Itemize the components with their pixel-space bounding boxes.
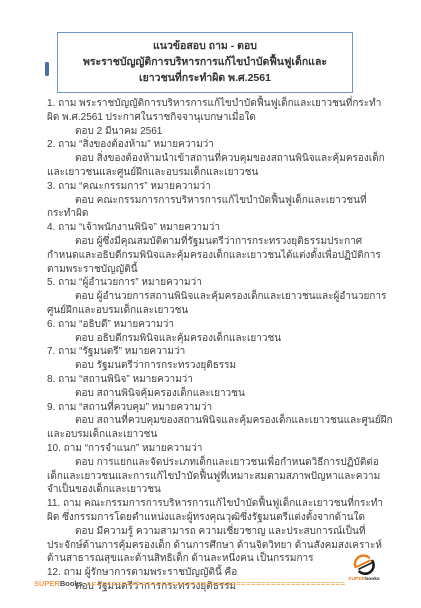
document-page: แนวข้อสอบ ถาม - ตอบ พระราชบัญญัติการบริห…	[0, 0, 421, 608]
logo-swoosh-icon	[351, 553, 377, 577]
doc-title-line-2: พระราชบัญญัติการบริหารการแก้ไขบำบัดฟื้นฟ…	[66, 54, 344, 86]
brand-books-text: Books	[60, 579, 83, 588]
answer-line: ตอบ สถานพินิจคุ้มครองเด็กและเยาวชน	[47, 387, 393, 401]
doc-title-line-1: แนวข้อสอบ ถาม - ตอบ	[66, 38, 344, 54]
question-line: 6. ถาม “อธิบดี” หมายความว่า	[47, 318, 393, 332]
qa-item: 7. ถาม “รัฐมนตรี” หมายความว่า ตอบ รัฐมนต…	[47, 345, 393, 373]
question-line: 9. ถาม “สถานที่ควบคุม” หมายความว่า	[47, 401, 393, 415]
superbooks-logo: SUPERbooks	[341, 553, 387, 587]
answer-line: ตอบ อธิบดีกรมพินิจและคุ้มครองเด็กและเยาว…	[47, 332, 393, 346]
question-line: 4. ถาม “เจ้าพนักงานพินิจ” หมายความว่า	[47, 221, 393, 235]
brand-super-text: SUPER	[34, 579, 60, 588]
brand-label: SUPERBooks	[34, 579, 83, 588]
logo-text: SUPERbooks	[348, 577, 380, 583]
answer-line: ตอบ รัฐมนตรีว่าการกระทรวงยุติธรรม	[47, 359, 393, 373]
qa-item: 10. ถาม “การจำแนก” หมายความว่า ตอบ การแย…	[47, 442, 393, 497]
text-cursor-mark	[45, 62, 49, 76]
logo-text-books: books	[365, 577, 380, 582]
answer-line: ตอบ สถานที่ควบคุมของสถานพินิจและคุ้มครอง…	[47, 414, 393, 442]
title-box: แนวข้อสอบ ถาม - ตอบ พระราชบัญญัติการบริห…	[57, 32, 353, 93]
answer-line: ตอบ คณะกรรมการการบริหารการแก้ไขบำบัดฟื้น…	[47, 194, 393, 222]
answer-line: ตอบ ผู้ซึ่งมีคุณสมบัติตามที่รัฐมนตรีว่าก…	[47, 235, 393, 276]
question-line: 7. ถาม “รัฐมนตรี” หมายความว่า	[47, 345, 393, 359]
qa-list: 1. ถาม พระราชบัญญัติการบริหารการแก้ไขบำบ…	[47, 97, 393, 594]
qa-item: 4. ถาม “เจ้าพนักงานพินิจ” หมายความว่า ตอ…	[47, 221, 393, 276]
qa-item: 1. ถาม พระราชบัญญัติการบริหารการแก้ไขบำบ…	[47, 97, 393, 138]
answer-line: ตอบ 2 มีนาคม 2561	[47, 125, 393, 139]
qa-item: 3. ถาม “คณะกรรมการ” หมายความว่า ตอบ คณะก…	[47, 180, 393, 221]
question-line: 1. ถาม พระราชบัญญัติการบริหารการแก้ไขบำบ…	[47, 97, 393, 125]
qa-item: 6. ถาม “อธิบดี” หมายความว่า ตอบ อธิบดีกร…	[47, 318, 393, 346]
question-line: 8. ถาม “สถานพินิจ” หมายความว่า	[47, 373, 393, 387]
question-line: 5. ถาม “ผู้อำนวยการ” หมายความว่า	[47, 276, 393, 290]
qa-item: 9. ถาม “สถานที่ควบคุม” หมายความว่า ตอบ ส…	[47, 401, 393, 442]
answer-line: ตอบ สิ่งของต้องห้ามนำเข้าสถานที่ควบคุมขอ…	[47, 152, 393, 180]
logo-text-super: SUPER	[348, 577, 365, 582]
question-line: 11. ถาม คณะกรรมการการบริหารการแก้ไขบำบัด…	[47, 497, 393, 525]
answer-line: ตอบ การแยกและจัดประเภทเด็กและเยาวชนเพื่อ…	[47, 456, 393, 497]
question-line: 3. ถาม “คณะกรรมการ” หมายความว่า	[47, 180, 393, 194]
qa-item: 2. ถาม “สิ่งของต้องห้าม” หมายความว่า ตอบ…	[47, 138, 393, 179]
footer: SUPERBooks =============================…	[34, 577, 345, 589]
qa-item: 5. ถาม “ผู้อำนวยการ” หมายความว่า ตอบ ผู้…	[47, 276, 393, 317]
qa-item: 8. ถาม “สถานพินิจ” หมายความว่า ตอบ สถานพ…	[47, 373, 393, 401]
answer-line: ตอบ ผู้อำนวยการสถานพินิจและคุ้มครองเด็กแ…	[47, 290, 393, 318]
separator-line: ========================================…	[87, 579, 345, 588]
question-line: 2. ถาม “สิ่งของต้องห้าม” หมายความว่า	[47, 138, 393, 152]
question-line: 10. ถาม “การจำแนก” หมายความว่า	[47, 442, 393, 456]
